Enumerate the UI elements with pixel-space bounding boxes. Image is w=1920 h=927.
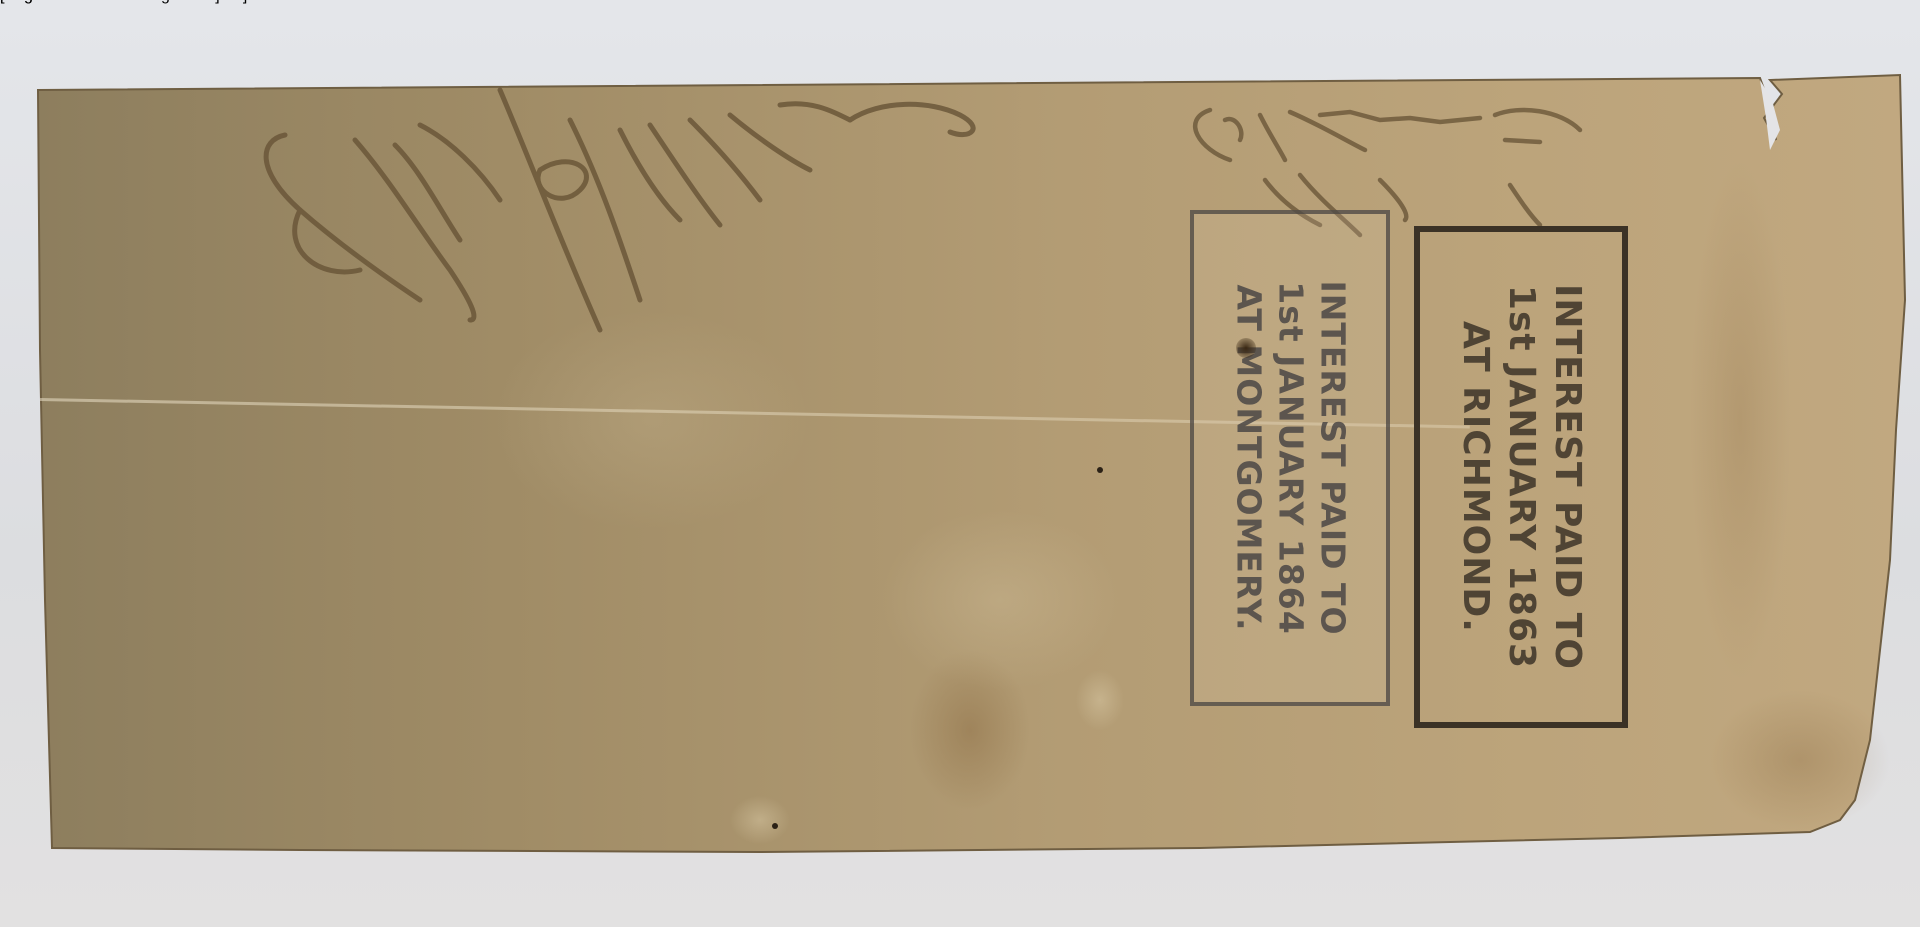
handwritten-endorsement: [illegible handwritten endorsement] bbox=[0, 0, 1920, 927]
aged-paper-note: [illegible handwritten signature] [illeg… bbox=[0, 0, 1920, 927]
stamp-text-montgomery: INTEREST PAID TO 1st JANUARY 1864 AT MON… bbox=[1227, 280, 1354, 635]
ink-blot bbox=[1236, 338, 1256, 358]
stamp-interest-paid-montgomery: INTEREST PAID TO 1st JANUARY 1864 AT MON… bbox=[1190, 210, 1390, 706]
stamp-interest-paid-richmond: INTEREST PAID TO 1st JANUARY 1863 AT RIC… bbox=[1414, 226, 1628, 728]
stamp-line: AT RICHMOND. bbox=[1452, 284, 1498, 670]
photo-scene: [illegible handwritten signature] [illeg… bbox=[0, 0, 1920, 927]
stamp-text-richmond: INTEREST PAID TO 1st JANUARY 1863 AT RIC… bbox=[1452, 284, 1590, 670]
stamp-line: INTEREST PAID TO bbox=[1544, 284, 1590, 670]
stamp-line: AT MONTGOMERY. bbox=[1227, 280, 1269, 635]
stamp-line: INTEREST PAID TO bbox=[1311, 280, 1353, 635]
stamp-line: 1st JANUARY 1863 bbox=[1498, 284, 1544, 670]
stamp-line: 1st JANUARY 1864 bbox=[1269, 280, 1311, 635]
endorsement-text: [illegible handwritten endorsement] bbox=[0, 0, 247, 4]
